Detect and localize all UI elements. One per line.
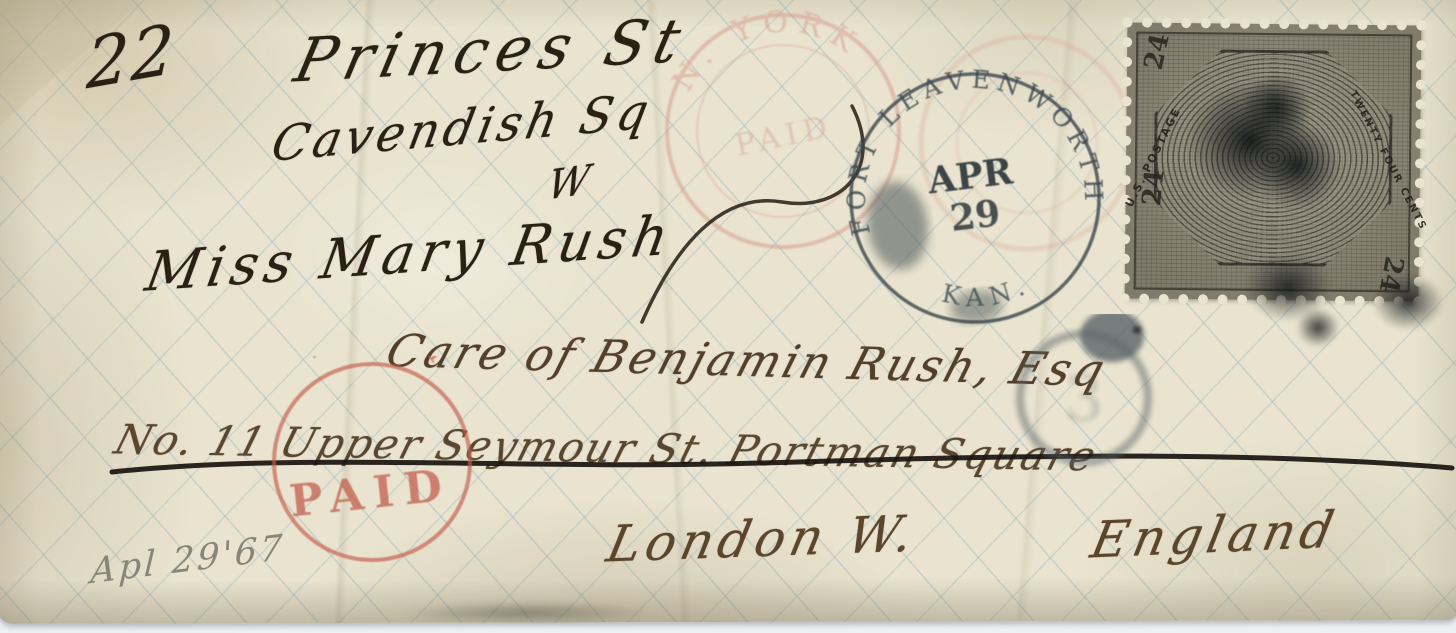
address-city: London W. <box>602 504 924 573</box>
cancel-ink-smudge <box>1288 300 1348 355</box>
cancel-ink-smudge <box>1358 262 1456 342</box>
address-country: England <box>1086 500 1343 569</box>
stamp-cork-cancel <box>1165 63 1367 235</box>
bottom-ink-smear <box>357 594 697 621</box>
scanned-envelope-photo: N. YORK PAID 22 Princes St Cavendish Sq … <box>0 0 1456 633</box>
ink-dot <box>1128 322 1146 338</box>
address-house-number: 22 <box>85 9 177 105</box>
